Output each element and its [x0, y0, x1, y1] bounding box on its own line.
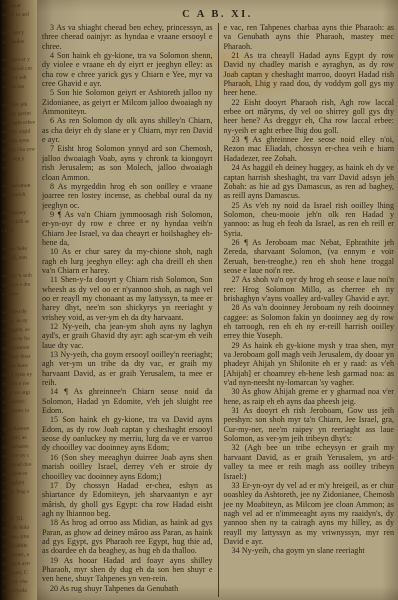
verse: 4 Son haink eh gy-kione, tra va Solomon … [42, 51, 213, 88]
verse: 15 Son haink eh gy-kione, tra va David a… [42, 415, 213, 452]
verse: 9 ¶ As va'n Chiarn jymmoosagh rish Solom… [42, 210, 213, 247]
verse: 7 Eisht hrog Solomon ynnyd ard son Chemo… [42, 144, 213, 181]
verse: 30 As ghow Ahijah greme er y gharmad noa… [224, 387, 395, 406]
book-spine-gutter: yr pooarhud y er ard dah, ren yas dooile… [0, 0, 37, 600]
gutter-text-line: inteil ayns ny [2, 371, 36, 381]
gutter-text-line: ooilley'n seih [2, 272, 36, 282]
gutter-text-line: erys elyrda [2, 587, 36, 597]
verse: 5 Son hie Solomon geiyrt er Ashtoreth ja… [42, 88, 213, 116]
verse: 27 As shoh va'n oyr dy hrog eh seose e l… [224, 275, 395, 303]
verse: 29 As haink eh gy-kione mysh y traa shen… [224, 341, 395, 388]
verse: 14 ¶ As ghreinnee'n Chiarn seose noid da… [42, 387, 213, 415]
verse: 28 As va'n dooinney Jeroboam ny reih doo… [224, 303, 395, 340]
gutter-text-line: ghlen; cha row [2, 146, 36, 156]
gutter-text-line: y cheead doo [2, 461, 36, 471]
verse: 24 As haggil eh deiney huggey, as haink … [224, 163, 395, 200]
verse: 25 As v'eh ny noid da Israel rish ooille… [224, 201, 395, 238]
verse: 32 (Agh bee un tribe echeysyn er graih m… [224, 443, 395, 480]
verse: 17 Dy chossyn Hadad er-chea, eshyn as sh… [42, 481, 213, 518]
verse: 3 As va shiaght cheead ben echey, prince… [42, 23, 213, 51]
text-column-right: e vac, ren Tahpenes charbaa ayns thie Ph… [219, 23, 395, 597]
verse: 26 ¶ As Jeroboam mac Nebat, Ephrathite j… [224, 238, 395, 275]
verse: 31 As dooyrt eh rish Jeroboam, Gow uss j… [224, 406, 395, 443]
verse: 20 As rug shuyr Tahpenes da Genubath [42, 584, 213, 593]
verse: 34 Ny-yeih, cha goym yn slane reeriaght [224, 546, 395, 555]
scanned-book-page: yr pooarhud y er ard dah, ren yas dooile… [0, 0, 398, 600]
verse: 23 ¶ As ghreinnee Jee seose noid elley n… [224, 135, 395, 163]
gutter-text-line: reeriaght erbee [2, 119, 36, 129]
verse: 22 Eisht dooyrt Pharaoh rish, Agh row la… [224, 98, 395, 135]
gutter-text-line: oyl-reeoil cur [2, 65, 36, 75]
verse: 19 As hooar Hadad ard foayr ayns shilley… [42, 556, 213, 584]
verse: 10 As er chur sarey da my-chione shoh, n… [42, 247, 213, 275]
verse: 12 Ny-yeih, cha jean-ym shoh ayns ny lag… [42, 322, 213, 350]
facing-page-edge-text: yr pooarhud y er ard dah, ren yas dooile… [2, 2, 36, 599]
text-column-left: 3 As va shiaght cheead ben echey, prince… [42, 23, 218, 597]
verse: 6 As ren Solomon dy olk ayns shilley'n C… [42, 116, 213, 144]
text-columns: 3 As va shiaght cheead ben echey, prince… [42, 23, 394, 597]
verse: e vac, ren Tahpenes charbaa ayns thie Ph… [224, 23, 395, 51]
verse: 21 As tra cheayll Hadad ayns Egypt dy ro… [224, 51, 395, 98]
chapter-header: C A B. XI. [37, 9, 398, 20]
verse: 18 As hrog ad orroo ass Midian, as haink… [42, 518, 213, 555]
verse: 11 Shen-y-fa dooyrt y Chiarn rish Solomo… [42, 275, 213, 322]
page-paper: C A B. XI. 3 As va shiaght cheead ben ec… [37, 0, 398, 600]
verse: 13 Ny-yeih, cha goym ersooyl ooilley'n r… [42, 350, 213, 387]
verse: 16 (Son shey meeaghyn duirree Joab ayns … [42, 453, 213, 481]
verse: 8 As myrgeddin hrog eh son ooilley e vra… [42, 182, 213, 210]
verse: 33 Er-yn-oyr dy vel ad er m'y hreigeil, … [224, 481, 395, 546]
